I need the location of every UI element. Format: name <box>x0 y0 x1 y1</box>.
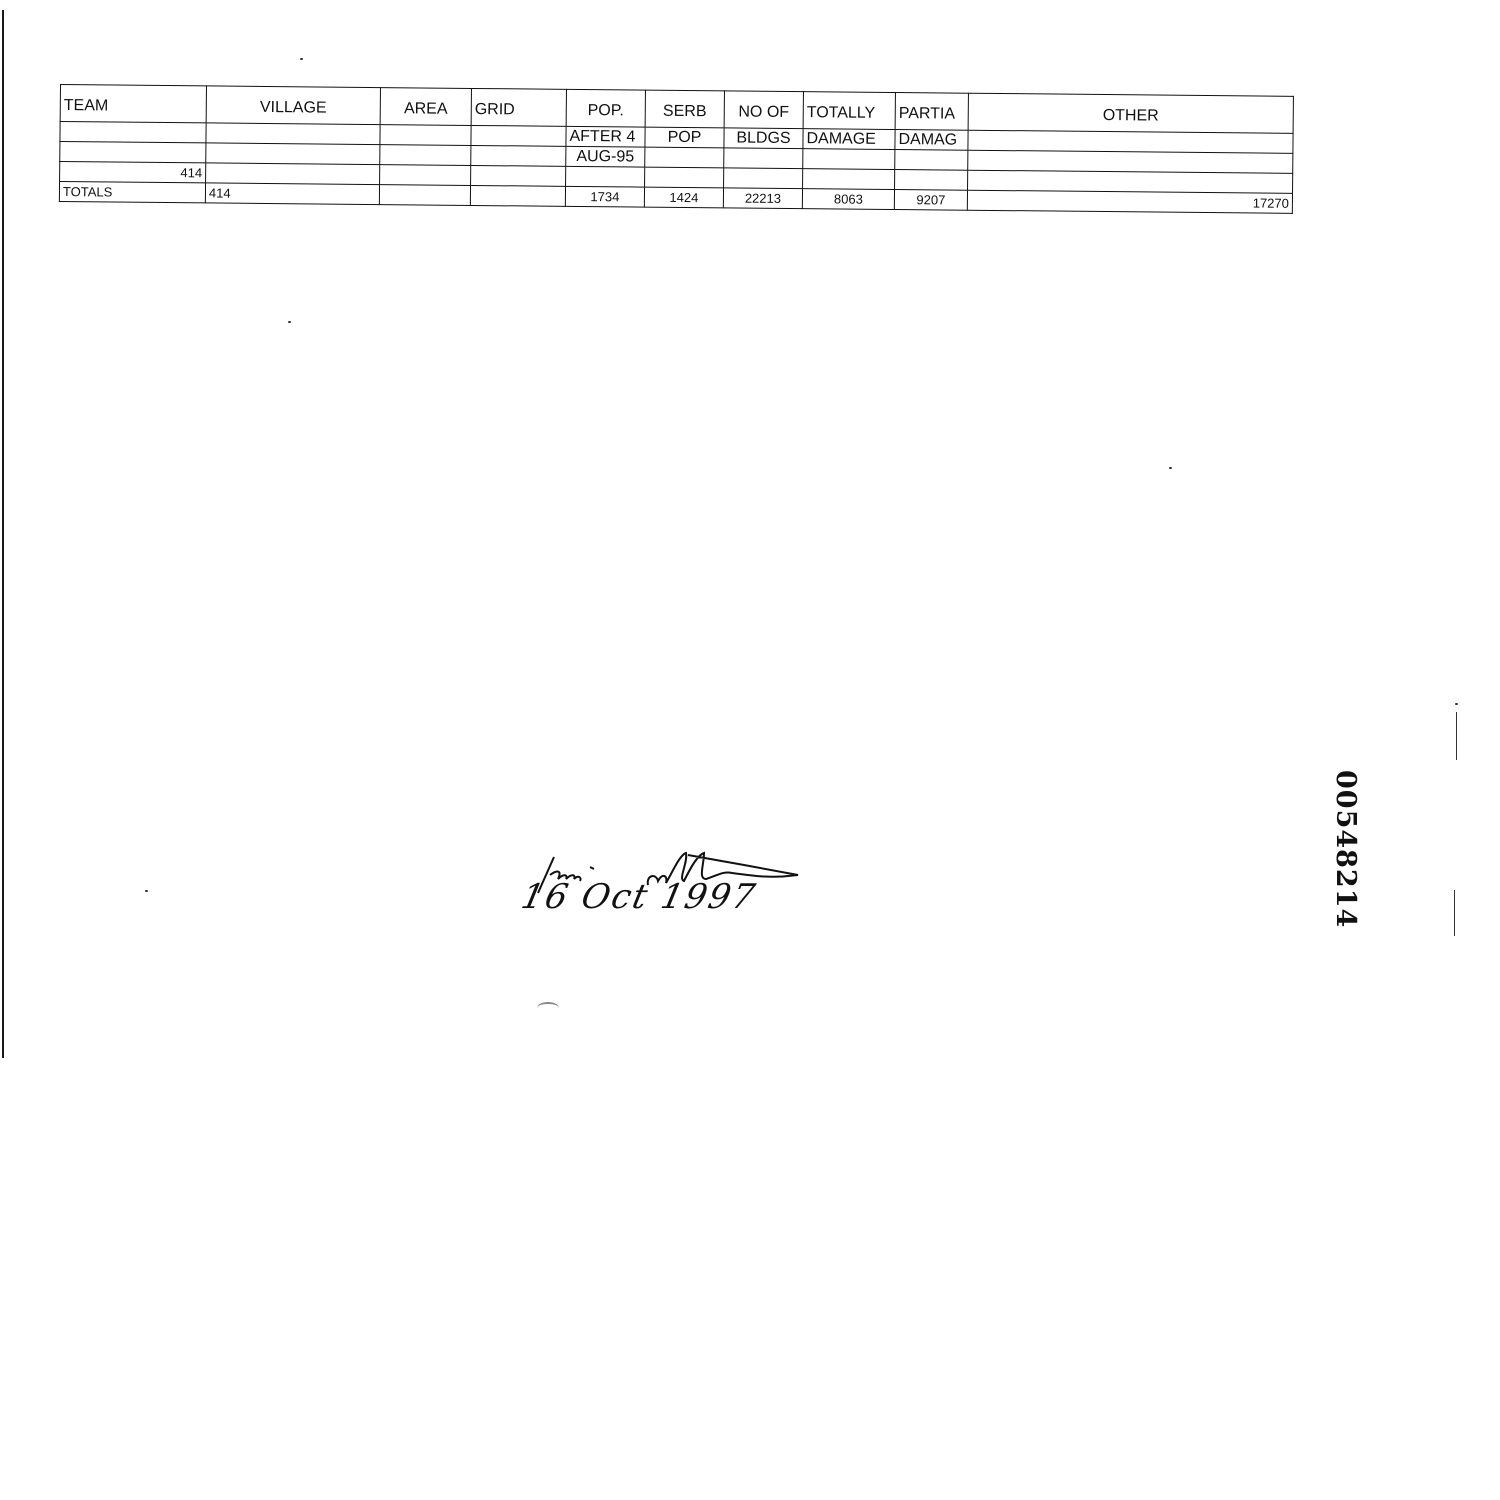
totals-village: 414 <box>205 183 379 205</box>
signature-date: 16 Oct 1997 <box>518 877 761 917</box>
col-partial-subheader: DAMAG <box>895 130 968 151</box>
scan-mark-right <box>1454 890 1455 936</box>
scan-speck <box>1169 467 1172 469</box>
cell <box>60 122 206 143</box>
document-number-stamp: 00548214 <box>1330 770 1361 928</box>
cell <box>206 123 380 145</box>
totals-serb-pop: 1424 <box>644 187 723 208</box>
cell <box>803 169 895 190</box>
team-number: 414 <box>60 162 206 183</box>
totals-bldgs: 22213 <box>723 188 802 209</box>
scan-mark-right <box>1456 712 1457 760</box>
col-team-header: TEAM <box>60 85 206 123</box>
totals-totally-damaged: 8063 <box>802 189 894 210</box>
cell <box>206 163 380 185</box>
survey-grid: TEAM VILLAGE AREA GRID POP. SERB NO OF T… <box>59 84 1294 214</box>
scan-edge-left <box>2 10 4 1058</box>
totals-partially-damaged: 9207 <box>894 190 967 211</box>
col-grid-header: GRID <box>471 88 566 126</box>
cell <box>471 125 566 146</box>
totals-area <box>379 185 470 206</box>
cell <box>895 170 968 191</box>
col-bldgs-subheader: BLDGS <box>724 128 803 149</box>
col-pop-header: POP. <box>566 89 645 127</box>
col-partial-header: PARTIA <box>895 93 968 131</box>
col-pop-subheader-date: AUG-95 <box>566 146 645 167</box>
cell <box>380 145 471 166</box>
cell <box>471 145 566 166</box>
scan-artifact <box>537 1002 559 1014</box>
col-serb-subheader: POP <box>645 127 724 148</box>
cell <box>380 125 471 146</box>
cell <box>724 168 803 189</box>
cell <box>895 150 968 171</box>
totals-other: 17270 <box>967 190 1292 213</box>
scan-speck <box>145 890 148 892</box>
col-totally-header: TOTALLY <box>803 92 895 130</box>
col-area-header: AREA <box>380 88 471 126</box>
totals-grid <box>470 185 565 206</box>
cell <box>645 147 724 168</box>
cell <box>645 167 724 188</box>
cell <box>206 143 380 165</box>
cell <box>380 165 471 186</box>
col-other-header: OTHER <box>968 93 1293 133</box>
col-totally-subheader: DAMAGE <box>803 129 895 150</box>
scan-speck <box>300 58 303 60</box>
totals-label: TOTALS <box>59 182 205 203</box>
cell <box>471 165 566 186</box>
cell <box>724 148 803 169</box>
col-serb-header: SERB <box>645 90 724 128</box>
cell <box>803 149 895 170</box>
cell <box>566 166 645 187</box>
col-bldgs-header: NO OF <box>724 91 803 129</box>
scan-speck <box>288 321 291 323</box>
cell <box>60 142 206 163</box>
totals-pop: 1734 <box>565 186 644 207</box>
col-village-header: VILLAGE <box>206 86 380 125</box>
col-pop-subheader: AFTER 4 <box>566 126 645 147</box>
damage-survey-table: TEAM VILLAGE AREA GRID POP. SERB NO OF T… <box>59 84 1294 214</box>
scan-speck <box>1455 703 1458 705</box>
